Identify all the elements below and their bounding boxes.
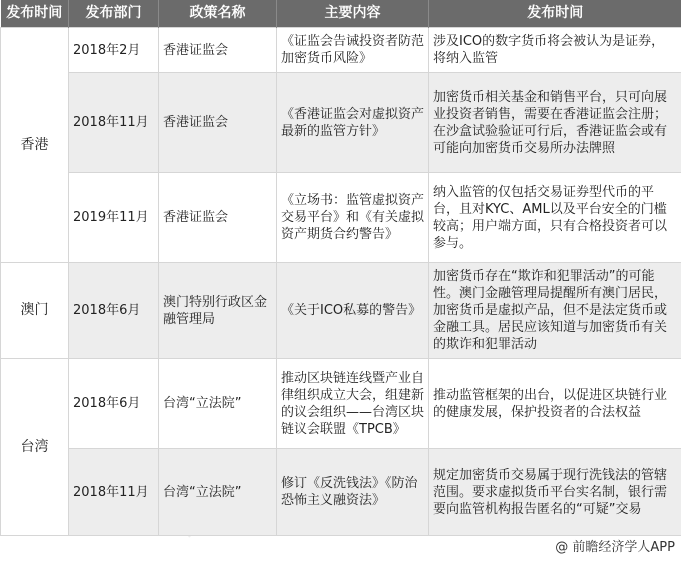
source-credit: @ 前瞻经济学人APP xyxy=(555,536,675,555)
policy-cell: 《证监会告诫投资者防范加密货币风险》 xyxy=(277,28,429,73)
dept-cell: 香港证监会 xyxy=(159,73,277,173)
header-dept: 政策名称 xyxy=(159,0,277,28)
content-cell: 纳入监管的仅包括交易证券型代币的平台，且对KYC、AML以及平台安全的门槛较高；… xyxy=(429,173,681,263)
table-row: 香港 2018年2月 香港证监会 《证监会告诫投资者防范加密货币风险》 涉及IC… xyxy=(1,28,681,73)
date-cell: 2018年2月 xyxy=(69,28,159,73)
dept-cell: 香港证监会 xyxy=(159,173,277,263)
header-region: 发布时间 xyxy=(1,0,69,28)
table-row: 澳门 2018年6月 澳门特别行政区金融管理局 《关于ICO私募的警告》 加密货… xyxy=(1,263,681,359)
content-cell: 加密货币存在“欺诈和犯罪活动”的可能性。澳门金融管理局提醒所有澳门居民，加密货币… xyxy=(429,263,681,359)
table-row: 台湾 2018年6月 台湾“立法院” 推动区块链连线暨产业自律组织成立大会，组建… xyxy=(1,359,681,449)
region-cell: 台湾 xyxy=(1,359,69,536)
header-policy: 主要内容 xyxy=(277,0,429,28)
date-cell: 2018年11月 xyxy=(69,449,159,536)
table-row: 2018年11月 香港证监会 《香港证监会对虚拟资产最新的监管方针》 加密货币相… xyxy=(1,73,681,173)
date-cell: 2018年11月 xyxy=(69,73,159,173)
region-cell: 香港 xyxy=(1,28,69,263)
dept-cell: 澳门特别行政区金融管理局 xyxy=(159,263,277,359)
content-cell: 加密货币相关基金和销售平台，只可向展业投资者销售，需要在香港证监会注册；在沙盒试… xyxy=(429,73,681,173)
policy-cell: 推动区块链连线暨产业自律组织成立大会，组建新的议会组织——台湾区块链议会联盟《T… xyxy=(277,359,429,449)
date-cell: 2018年6月 xyxy=(69,263,159,359)
content-cell: 涉及ICO的数字货币将会被认为是证券，将纳入监管 xyxy=(429,28,681,73)
policy-cell: 《香港证监会对虚拟资产最新的监管方针》 xyxy=(277,73,429,173)
dept-cell: 台湾“立法院” xyxy=(159,359,277,449)
dept-cell: 香港证监会 xyxy=(159,28,277,73)
dept-cell: 台湾“立法院” xyxy=(159,449,277,536)
header-content: 发布时间 xyxy=(429,0,681,28)
date-cell: 2019年11月 xyxy=(69,173,159,263)
policy-cell: 修订《反洗钱法》《防治恐怖主义融资法》 xyxy=(277,449,429,536)
date-cell: 2018年6月 xyxy=(69,359,159,449)
table-row: 2018年11月 台湾“立法院” 修订《反洗钱法》《防治恐怖主义融资法》 规定加… xyxy=(1,449,681,536)
content-cell: 推动监管框架的出台，以促进区块链行业的健康发展，保护投资者的合法权益 xyxy=(429,359,681,449)
region-cell: 澳门 xyxy=(1,263,69,359)
table-row: 2019年11月 香港证监会 《立场书：监管虚拟资产交易平台》和《有关虚拟资产期… xyxy=(1,173,681,263)
content-cell: 规定加密货币交易属于现行洗钱法的管辖范围。要求虚拟货币平台实名制，银行需要向监管… xyxy=(429,449,681,536)
policy-table: 发布时间 发布部门 政策名称 主要内容 发布时间 香港 2018年2月 香港证监… xyxy=(0,0,681,536)
policy-cell: 《关于ICO私募的警告》 xyxy=(277,263,429,359)
header-date: 发布部门 xyxy=(69,0,159,28)
policy-cell: 《立场书：监管虚拟资产交易平台》和《有关虚拟资产期货合约警告》 xyxy=(277,173,429,263)
table-header-row: 发布时间 发布部门 政策名称 主要内容 发布时间 xyxy=(1,0,681,28)
